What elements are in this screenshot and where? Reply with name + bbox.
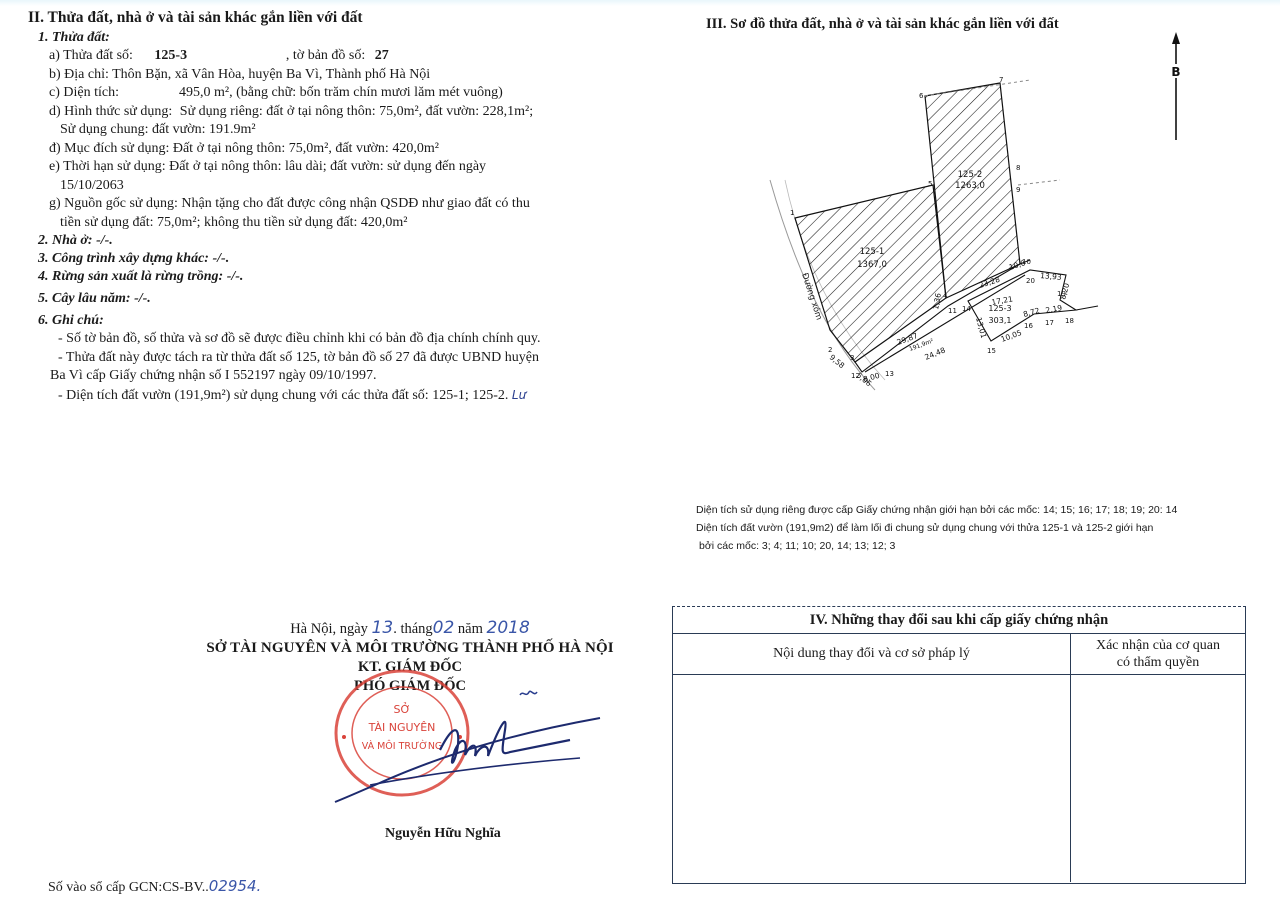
- signer-name: Nguyễn Hữu Nghĩa: [385, 826, 501, 842]
- changes-table: IV. Những thay đổi sau khi cấp giấy chứn…: [672, 606, 1246, 884]
- area-label: c) Diện tích:: [49, 84, 179, 103]
- date-month: 02: [433, 618, 455, 638]
- section-2-title: II. Thửa đất, nhà ở và tài sản khác gắn …: [28, 8, 614, 28]
- parcel-125-1-area: 1367,0: [857, 260, 887, 270]
- changes-table-header: Nội dung thay đổi và cơ sở pháp lý Xác n…: [673, 634, 1245, 675]
- month-label: tháng: [400, 621, 432, 637]
- registry-value: 02954.: [209, 877, 262, 895]
- svg-text:2,19: 2,19: [1045, 303, 1063, 315]
- svg-text:11: 11: [948, 307, 957, 315]
- svg-text:10,05: 10,05: [1000, 328, 1023, 344]
- issue-date: Hà Nội, ngày 13. tháng02 năm 2018: [180, 618, 640, 639]
- usage-form-cont: Sử dụng chung: đất vườn: 191.9m²: [60, 121, 614, 140]
- origin-line: g) Nguồn gốc sử dụng: Nhận tặng cho đất …: [49, 195, 614, 214]
- note-3-text: - Diện tích đất vườn (191,9m²) sử dụng c…: [58, 388, 508, 403]
- origin-cont: tiền sử dụng đất: 75,0m²; không thu tiền…: [60, 214, 614, 233]
- desc-line-1: Diện tích sử dụng riêng được cấp Giấy ch…: [696, 501, 1256, 519]
- land-heading: 1. Thửa đất:: [38, 29, 614, 47]
- svg-text:9,58: 9,58: [828, 353, 847, 371]
- diagram-description: Diện tích sử dụng riêng được cấp Giấy ch…: [696, 501, 1256, 555]
- scan-edge: [0, 0, 1280, 6]
- svg-text:3: 3: [850, 354, 854, 362]
- issuing-agency: SỞ TÀI NGUYÊN VÀ MÔI TRƯỜNG THÀNH PHỐ HÀ…: [180, 639, 640, 658]
- origin-label: g) Nguồn gốc sử dụng:: [49, 196, 178, 211]
- note-2-cont: Ba Vì cấp Giấy chứng nhận số I 552197 ng…: [50, 367, 614, 386]
- note-2: - Thửa đất này được tách ra từ thửa đất …: [58, 349, 614, 368]
- svg-text:13: 13: [885, 370, 894, 378]
- section-land-info: II. Thửa đất, nhà ở và tài sản khác gắn …: [24, 8, 614, 405]
- svg-text:19: 19: [1057, 290, 1066, 298]
- desc-line-2: Diện tích đất vườn (191,9m2) để làm lối …: [696, 519, 1256, 537]
- parcel-125-2-id: 125-2: [958, 170, 983, 180]
- date-prefix: Hà Nội, ngày: [290, 621, 368, 637]
- svg-text:13,93: 13,93: [1040, 271, 1062, 282]
- svg-text:20: 20: [1026, 277, 1035, 285]
- purpose-line: đ) Mục đích sử dụng: Đất ở tại nông thôn…: [49, 140, 614, 159]
- col-authority-line-2: có thẩm quyền: [1071, 654, 1245, 671]
- col-authority-line-1: Xác nhận của cơ quan: [1071, 637, 1245, 654]
- map-sheet-number: 27: [375, 48, 389, 63]
- svg-text:9: 9: [1016, 186, 1020, 194]
- land-plot-diagram: B Đường xóm 125-1 1367,0 125-2 1263,0 12…: [700, 30, 1260, 490]
- signature-scribble-icon: [330, 690, 610, 810]
- svg-text:4: 4: [943, 292, 948, 300]
- section-4-title: IV. Những thay đổi sau khi cấp giấy chứn…: [673, 607, 1245, 634]
- map-sheet-label: , tờ bản đồ số:: [286, 48, 365, 63]
- change-content-cell: [673, 675, 1071, 882]
- notes-heading: 6. Ghi chú:: [38, 312, 614, 330]
- address-label: b) Địa chỉ:: [49, 67, 109, 82]
- address-value: Thôn Bặn, xã Vân Hòa, huyện Ba Vì, Thành…: [112, 67, 430, 82]
- authority-cell: [1071, 675, 1245, 882]
- parcel-125-1-id: 125-1: [860, 247, 885, 257]
- forest-item: 4. Rừng sản xuất là rừng trồng: -/-.: [38, 268, 614, 286]
- usage-form-line: d) Hình thức sử dụng: Sử dụng riêng: đất…: [49, 103, 614, 122]
- parcel-125-2-area: 1263,0: [955, 181, 985, 191]
- svg-text:13,01: 13,01: [974, 316, 988, 339]
- svg-text:17: 17: [1045, 319, 1054, 327]
- origin-value: Nhận tặng cho đất được công nhận QSDĐ nh…: [181, 196, 529, 211]
- svg-text:1,36: 1,36: [931, 292, 943, 310]
- note-1: - Số tờ bản đồ, số thửa và sơ đồ sẽ được…: [58, 330, 614, 349]
- svg-text:18: 18: [1065, 317, 1074, 325]
- house-item: 2. Nhà ở: -/-.: [38, 232, 614, 250]
- svg-text:15: 15: [987, 347, 996, 355]
- area-value: 495,0 m², (bằng chữ: bốn trăm chín mươi …: [179, 85, 503, 100]
- parcel-number: 125-3: [154, 47, 282, 66]
- perennial-item: 5. Cây lâu năm: -/-.: [38, 290, 614, 308]
- date-year: 2018: [487, 618, 530, 638]
- term-cont: 15/10/2063: [60, 177, 614, 196]
- term-label: e) Thời hạn sử dụng:: [49, 159, 166, 174]
- area-line: c) Diện tích:495,0 m², (bằng chữ: bốn tr…: [49, 84, 614, 103]
- col-authority-confirmation: Xác nhận của cơ quan có thẩm quyền: [1071, 634, 1245, 674]
- purpose-label: đ) Mục đích sử dụng:: [49, 141, 169, 156]
- term-line: e) Thời hạn sử dụng: Đất ở tại nông thôn…: [49, 158, 614, 177]
- svg-text:24,48: 24,48: [923, 345, 946, 361]
- svg-text:1: 1: [790, 209, 794, 217]
- registry-number: Số vào sổ cấp GCN:CS-BV..02954.: [48, 877, 261, 896]
- parcel-label: a) Thửa đất số:: [49, 48, 133, 63]
- svg-text:12: 12: [851, 372, 860, 380]
- purpose-value: Đất ở tại nông thôn: 75,0m², đất vườn: 4…: [173, 141, 439, 156]
- svg-text:8,00: 8,00: [862, 371, 881, 384]
- svg-text:7: 7: [999, 76, 1003, 84]
- svg-text:5: 5: [928, 180, 932, 188]
- svg-text:6: 6: [919, 92, 924, 100]
- term-value: Đất ở tại nông thôn: lâu dài; đất vườn: …: [169, 159, 486, 174]
- usage-form-label: d) Hình thức sử dụng:: [49, 104, 172, 119]
- svg-text:14: 14: [962, 305, 971, 313]
- usage-form-value: Sử dụng riêng: đất ở tại nông thôn: 75,0…: [180, 104, 533, 119]
- svg-text:8: 8: [1016, 164, 1020, 172]
- year-label: năm: [458, 621, 483, 637]
- registry-label: Số vào sổ cấp GCN:CS-BV..: [48, 880, 209, 895]
- note-3: - Diện tích đất vườn (191,9m²) sử dụng c…: [58, 386, 614, 406]
- handwritten-initial: Lư: [512, 388, 526, 402]
- north-arrow-icon: B: [1170, 32, 1182, 140]
- changes-table-body: [673, 675, 1245, 882]
- svg-text:10: 10: [1022, 258, 1031, 266]
- other-works-item: 3. Công trình xây dựng khác: -/-.: [38, 250, 614, 268]
- desc-line-3: bởi các mốc: 3; 4; 11; 10; 20, 14; 13; 1…: [699, 537, 1256, 555]
- date-day: 13: [372, 618, 394, 638]
- svg-text:8,72: 8,72: [1022, 306, 1041, 319]
- address-line: b) Địa chỉ: Thôn Bặn, xã Vân Hòa, huyện …: [49, 66, 614, 85]
- svg-text:16: 16: [1024, 322, 1033, 330]
- svg-text:2: 2: [828, 346, 832, 354]
- parcel-line: a) Thửa đất số: 125-3 , tờ bản đồ số: 27: [49, 47, 614, 66]
- svg-text:B: B: [1171, 65, 1180, 79]
- col-change-content: Nội dung thay đổi và cơ sở pháp lý: [673, 634, 1071, 674]
- parcel-125-3-area: 303,1: [989, 316, 1012, 325]
